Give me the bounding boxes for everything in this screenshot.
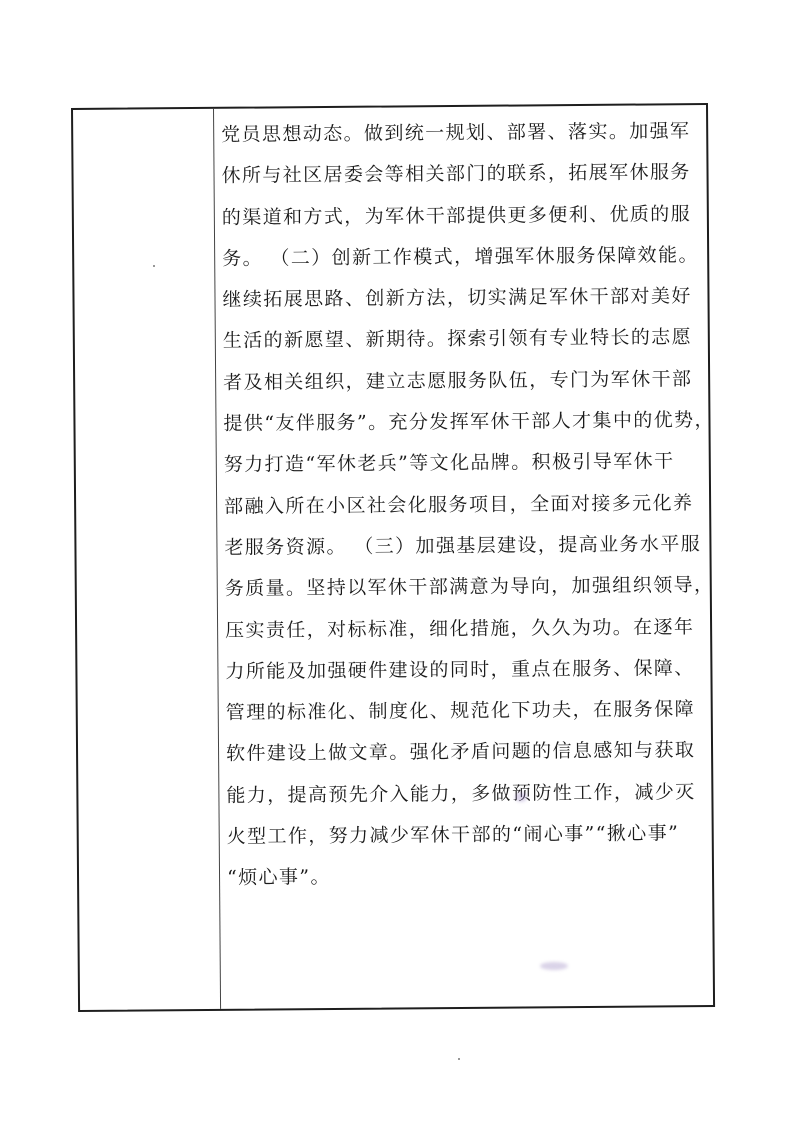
text-line: 力所能及加强硬件建设的同时，重点在服务、保障、 [225,648,706,693]
text-line: “烦心事”。 [227,854,708,899]
ink-smudge [540,962,568,970]
text-line: 管理的标准化、制度化、规范化下功夫，在服务保障 [226,689,707,734]
text-line: 生活的新愿望、新期待。探索引领有专业特长的志愿 [223,318,704,363]
text-line: 部融入所在小区社会化服务项目，全面对接多元化养 [224,483,705,528]
text-line: 的渠道和方式，为军休干部提供更多便利、优质的服 [222,194,703,239]
text-line: 党员思想动态。做到统一规划、部署、落实。加强军 [221,111,702,156]
ink-smudge [515,792,527,802]
left-label-cell [73,109,221,1010]
text-line: 继续拓展思路、创新方法，切实满足军休干部对美好 [222,276,703,321]
text-line: 提供“友伴服务”。充分发挥军休干部人才集中的优势， [223,400,704,445]
text-line: 者及相关组织，建立志愿服务队伍，专门为军休干部 [223,359,704,404]
text-line: 老服务资源。 （三）加强基层建设，提高业务水平服 [224,524,705,569]
text-line: 火型工作，努力减少军休干部的“闹心事”“揪心事” [227,813,708,858]
content-cell: 党员思想动态。做到统一规划、部署、落实。加强军 休所与社区居委会等相关部门的联系… [214,105,713,1009]
scan-speck [458,1058,460,1060]
text-line: 压实责任，对标标准，细化措施，久久为功。在逐年 [225,607,706,652]
scan-speck [153,265,155,267]
text-line: 休所与社区居委会等相关部门的联系，拓展军休服务 [221,152,702,197]
text-line: 软件建设上做文章。强化矛盾问题的信息感知与获取 [226,730,707,775]
text-line: 努力打造“军休老兵”等文化品牌。积极引导军休干 [224,441,705,486]
text-line: 务质量。坚持以军休干部满意为导向，加强组织领导， [225,565,706,610]
document-table: 党员思想动态。做到统一规划、部署、落实。加强军 休所与社区居委会等相关部门的联系… [71,103,715,1012]
text-line: 务。 （二）创新工作模式，增强军休服务保障效能。 [222,235,703,280]
text-line: 能力，提高预先介入能力，多做预防性工作，减少灭 [226,772,707,817]
